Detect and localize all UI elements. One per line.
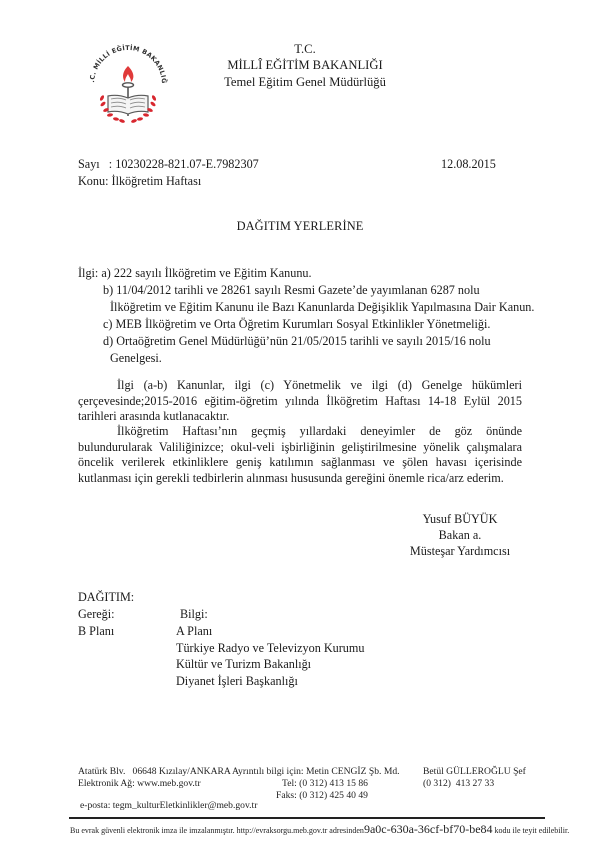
reference-item-b-continued: İlköğretim ve Eğitim Kanunu ile Bazı Kan… <box>110 299 534 315</box>
document-subject: Konu: İlköğretim Haftası <box>78 173 201 189</box>
info-recipient: Kültür ve Turizm Bakanlığı <box>176 656 364 673</box>
footer-address: Atatürk Blv. 06648 Kızılay/ANKARA <box>78 766 231 778</box>
footer-contact-fax: Faks: (0 312) 425 40 49 <box>276 790 368 802</box>
footer-email: e-posta: tegm_kulturEletkinlikler@meb.go… <box>80 800 257 812</box>
footer-contact2-person: Betül GÜLLEROĞLU Şef <box>423 766 526 778</box>
action-recipients-label: Gereği: <box>78 606 115 622</box>
info-recipient: Diyanet İşleri Başkanlığı <box>176 673 364 690</box>
footer-contact-phone: Tel: (0 312) 413 15 86 <box>282 778 368 790</box>
info-recipient: Türkiye Radyo ve Televizyon Kurumu <box>176 640 364 657</box>
body-paragraph-2: İlköğretim Haftası’nın geçmiş yıllardaki… <box>78 424 522 486</box>
reference-item-b: b) 11/04/2012 tarihli ve 28261 sayılı Re… <box>103 282 480 298</box>
letterhead: T.C. MİLLÎ EĞİTİM BAKANLIĞI Temel Eğitim… <box>180 41 430 90</box>
action-recipient: B Planı <box>78 623 114 640</box>
verification-text: Bu evrak güvenli elektronik imza ile imz… <box>70 826 364 835</box>
footer-contact-person: Ayrıntılı bilgi için: Metin CENGİZ Şb. M… <box>232 766 400 778</box>
signatory-title-1: Bakan a. <box>400 527 520 543</box>
meb-emblem-icon: T.C. MİLLİ EĞİTİM BAKANLIĞI <box>78 32 178 132</box>
body-paragraph-2-text: İlköğretim Haftası’nın geçmiş yıllardaki… <box>78 424 522 486</box>
info-recipient: A Planı <box>176 623 364 640</box>
body-paragraph-1-text: İlgi (a-b) Kanunlar, ilgi (c) Yönetmelik… <box>78 378 522 425</box>
header-directorate: Temel Eğitim Genel Müdürlüğü <box>180 74 430 90</box>
signature-block: Yusuf BÜYÜK Bakan a. Müsteşar Yardımcısı <box>400 511 520 560</box>
info-recipients-label: Bilgi: <box>180 606 208 622</box>
header-ministry: MİLLÎ EĞİTİM BAKANLIĞI <box>180 57 430 73</box>
reference-item-d: d) Ortaöğretim Genel Müdürlüğü’nün 21/05… <box>103 333 491 349</box>
document-date: 12.08.2015 <box>441 156 496 172</box>
footer-website: Elektronik Ağ: www.meb.gov.tr <box>78 778 201 790</box>
body-paragraph-1: İlgi (a-b) Kanunlar, ilgi (c) Yönetmelik… <box>78 378 522 425</box>
signatory-title-2: Müsteşar Yardımcısı <box>400 543 520 559</box>
document-number: Sayı : 10230228-821.07-E.7982307 <box>78 156 259 172</box>
reference-item-d-continued: Genelgesi. <box>110 350 162 366</box>
footer-divider <box>69 817 545 819</box>
verification-suffix: kodu ile teyit edilebilir. <box>493 826 570 835</box>
verification-code: 9a0c-630a-36cf-bf70-be84 <box>364 822 493 836</box>
reference-item-a: İlgi: a) 222 sayılı İlköğretim ve Eğitim… <box>78 265 312 281</box>
footer-contact2-phone: (0 312) 413 27 33 <box>423 778 494 790</box>
signatory-name: Yusuf BÜYÜK <box>400 511 520 527</box>
info-recipients-list: A Planı Türkiye Radyo ve Televizyon Kuru… <box>176 623 364 689</box>
reference-item-c: c) MEB İlköğretim ve Orta Öğretim Kuruml… <box>103 316 490 332</box>
addressee-heading: DAĞITIM YERLERİNE <box>0 219 600 234</box>
distribution-heading: DAĞITIM: <box>78 589 134 605</box>
e-signature-verification: Bu evrak güvenli elektronik imza ile imz… <box>70 822 569 838</box>
action-recipients-list: B Planı <box>78 623 114 640</box>
header-country: T.C. <box>180 41 430 57</box>
